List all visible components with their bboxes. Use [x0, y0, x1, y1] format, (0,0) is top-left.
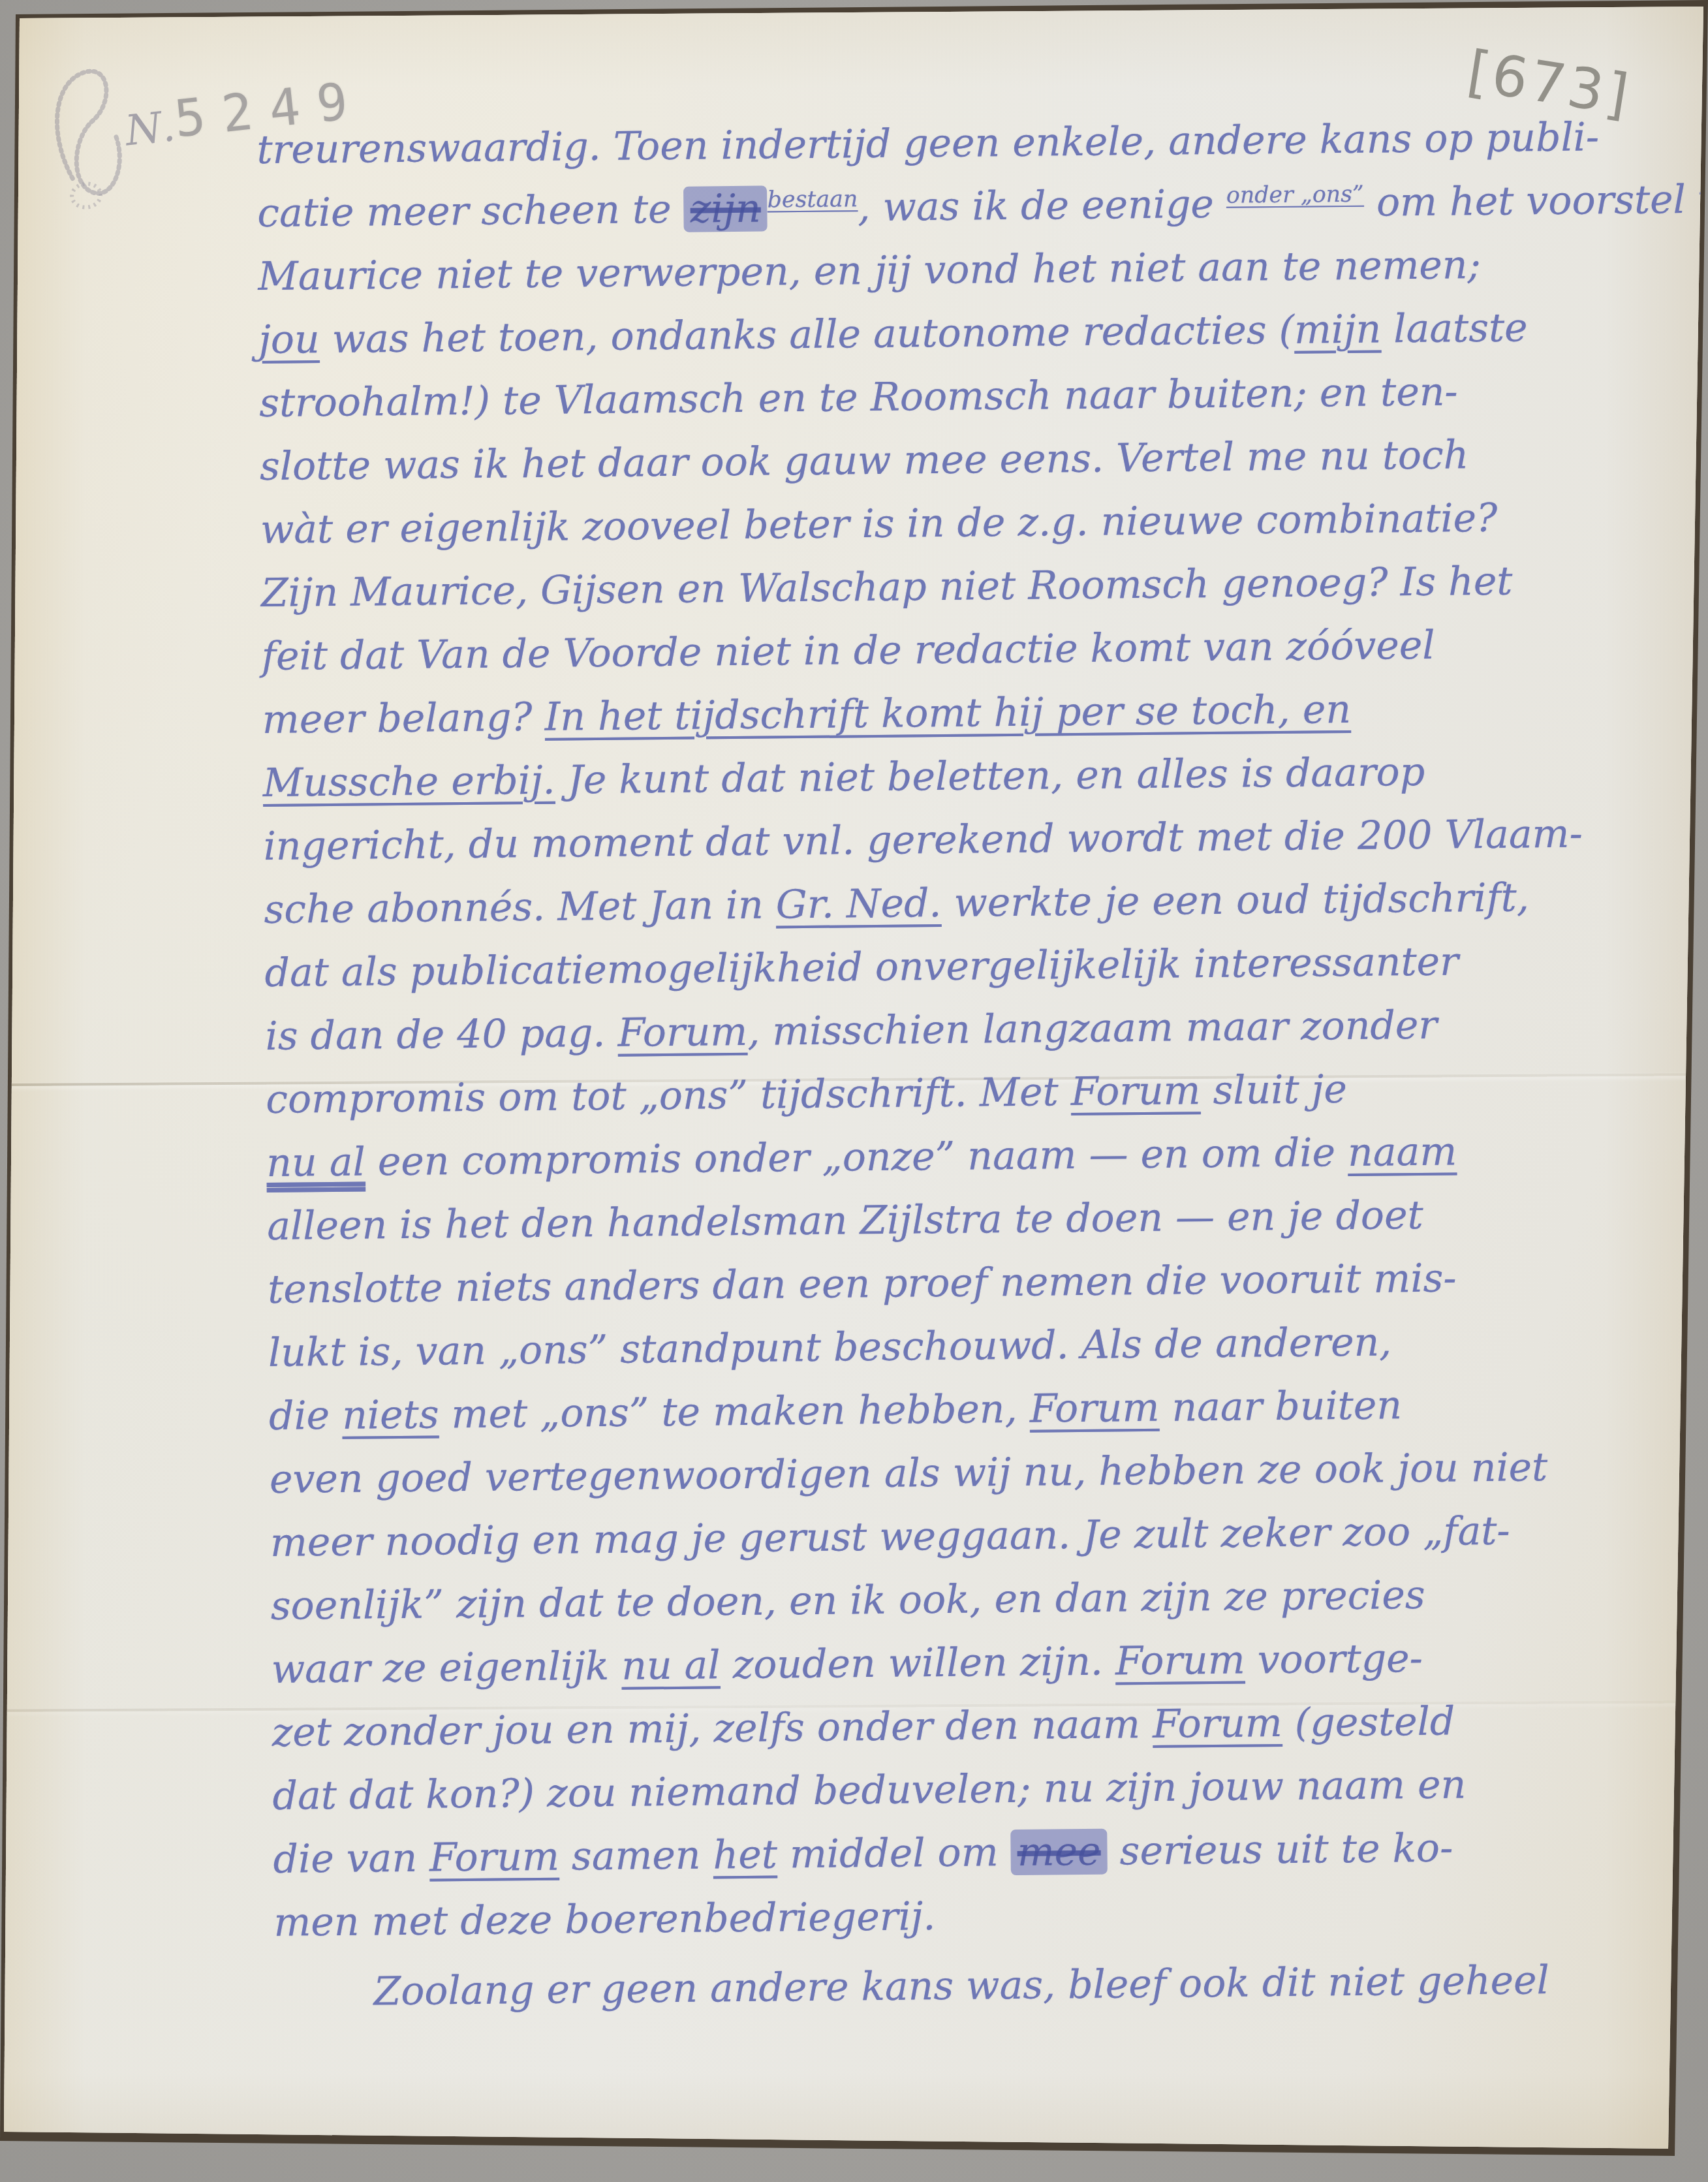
- letter-paper: N. 5249 [673] treurenswaardig. Toen inde…: [0, 0, 1708, 2182]
- letter-segment: Zijn Maurice, Gijsen en Walschap niet Ro…: [261, 559, 1513, 616]
- letter-segment-u: naam: [1348, 1129, 1457, 1176]
- letter-segment: met „ons” te maken hebben,: [439, 1386, 1030, 1438]
- letter-segment: soenlijk” zijn dat te doen, en ik ook, e…: [271, 1572, 1425, 1629]
- letter-segment: is dan de 40 pag.: [265, 1010, 618, 1059]
- letter-segment-u: Forum: [429, 1834, 559, 1881]
- letter-segment: waar ze eigenlijk: [271, 1644, 621, 1692]
- letter-segment: om het voorstel van: [1364, 176, 1708, 226]
- letter-segment-sup: bestaan: [767, 187, 858, 213]
- letter-segment: serieus uit te ko-: [1107, 1826, 1453, 1875]
- letter-segment: Je kunt dat niet beletten, en alles is d…: [555, 749, 1425, 803]
- letter-segment: men met deze boerenbedriegerij.: [273, 1894, 935, 1946]
- letter-segment-uu: nu al: [266, 1139, 365, 1185]
- letter-segment: middel om: [777, 1830, 1011, 1877]
- letter-segment: laatste: [1381, 305, 1528, 352]
- letter-segment: een compromis onder „onze” naam — en om …: [365, 1130, 1348, 1185]
- letter-segment: meer belang?: [262, 694, 545, 743]
- letter-segment: (gesteld: [1282, 1698, 1455, 1746]
- letter-segment: Zoolang er geen andere kans was, bleef o…: [373, 1957, 1549, 2014]
- letter-segment: dat als publicatiemogelijkheid onvergeli…: [264, 939, 1459, 996]
- letter-segment: feit dat Van de Voorde niet in de redact…: [262, 623, 1435, 679]
- letter-segment-u: Forum: [1115, 1638, 1245, 1685]
- letter-segment: sluit je: [1200, 1067, 1347, 1114]
- letter-segment: stroohalm!) te Vlaamsch en te Roomsch na…: [259, 369, 1458, 426]
- letter-segment-u: In het tijdschrift komt hij per se toch,…: [544, 687, 1351, 740]
- letter-line: men met deze boerenbedriegerij.: [273, 1878, 1692, 1955]
- letter-segment: werkte je een oud tijdschrift,: [941, 875, 1529, 926]
- letter-segment: die: [269, 1393, 343, 1439]
- letter-segment-u: het: [713, 1831, 777, 1878]
- letter-segment: alleen is het den handelsman Zijlstra te…: [267, 1192, 1423, 1249]
- letter-segment: , was ik de eenige: [858, 181, 1226, 230]
- letter-segment: slotte was ik het daar ook gauw mee eens…: [260, 432, 1469, 490]
- letter-segment-blot: mee: [1010, 1829, 1108, 1875]
- letter-segment-u: nu al: [621, 1642, 721, 1689]
- letter-segment: compromis om tot „ons” tijdschrift. Met: [266, 1069, 1071, 1123]
- letter-segment: naar buiten: [1159, 1382, 1402, 1431]
- letter-segment: treurenswaardig. Toen indertijd geen enk…: [256, 114, 1599, 173]
- stamp-prefix: N.: [123, 102, 180, 155]
- letter-segment: ingericht, du moment dat vnl. gerekend w…: [263, 811, 1583, 869]
- letter-segment: die van: [273, 1835, 429, 1882]
- letter-segment: catie meer scheen te: [257, 187, 684, 236]
- letter-segment-u: jou: [258, 317, 320, 363]
- letter-segment: dat dat kon?) zou niemand beduvelen; nu …: [272, 1762, 1466, 1819]
- letter-lines: treurenswaardig. Toen indertijd geen enk…: [256, 105, 1692, 2025]
- letter-segment: voortge-: [1245, 1636, 1423, 1683]
- letter-segment-u: Mussche erbij.: [262, 758, 555, 806]
- letter-segment-sup: onder „ons”: [1226, 181, 1364, 209]
- letter-segment-u: Forum: [617, 1009, 747, 1056]
- letter-segment: zet zonder jou en mij, zelfs onder den n…: [272, 1702, 1153, 1756]
- letter-segment: sche abonnés. Met Jan in: [264, 882, 776, 933]
- letter-segment-u: Gr. Ned.: [775, 881, 941, 927]
- letter-segment-u: Forum: [1029, 1385, 1159, 1432]
- letter-segment-u: mijn: [1294, 306, 1382, 352]
- letter-segment-u: Forum: [1153, 1700, 1282, 1747]
- letter-segment: wàt er eigenlijk zooveel beter is in de …: [260, 495, 1498, 553]
- letter-segment-blot: zijn: [683, 185, 768, 232]
- letter-segment: zouden willen zijn.: [720, 1638, 1115, 1688]
- letter-segment: samen: [559, 1832, 713, 1879]
- letter-segment: was het toen, ondanks alle autonome reda…: [319, 307, 1294, 362]
- letter-segment: , misschien langzaam maar zonder: [747, 1003, 1437, 1055]
- letter-segment: lukt is, van „ons” standpunt beschouwd. …: [268, 1319, 1392, 1376]
- letter-segment: tenslotte niets anders dan een proef nem…: [268, 1255, 1457, 1312]
- letter-segment: even goed vertegenwoordigen als wij nu, …: [270, 1444, 1548, 1503]
- letter-segment-u: niets: [342, 1392, 439, 1438]
- letter-segment: meer noodig en mag je gerust weggaan. Je…: [270, 1508, 1510, 1566]
- letter-segment-u: Forum: [1071, 1068, 1201, 1115]
- letter-segment: Maurice niet te verwerpen, en jij vond h…: [258, 242, 1481, 300]
- letter-line: Zoolang er geen andere kans was, bleef o…: [274, 1948, 1692, 2025]
